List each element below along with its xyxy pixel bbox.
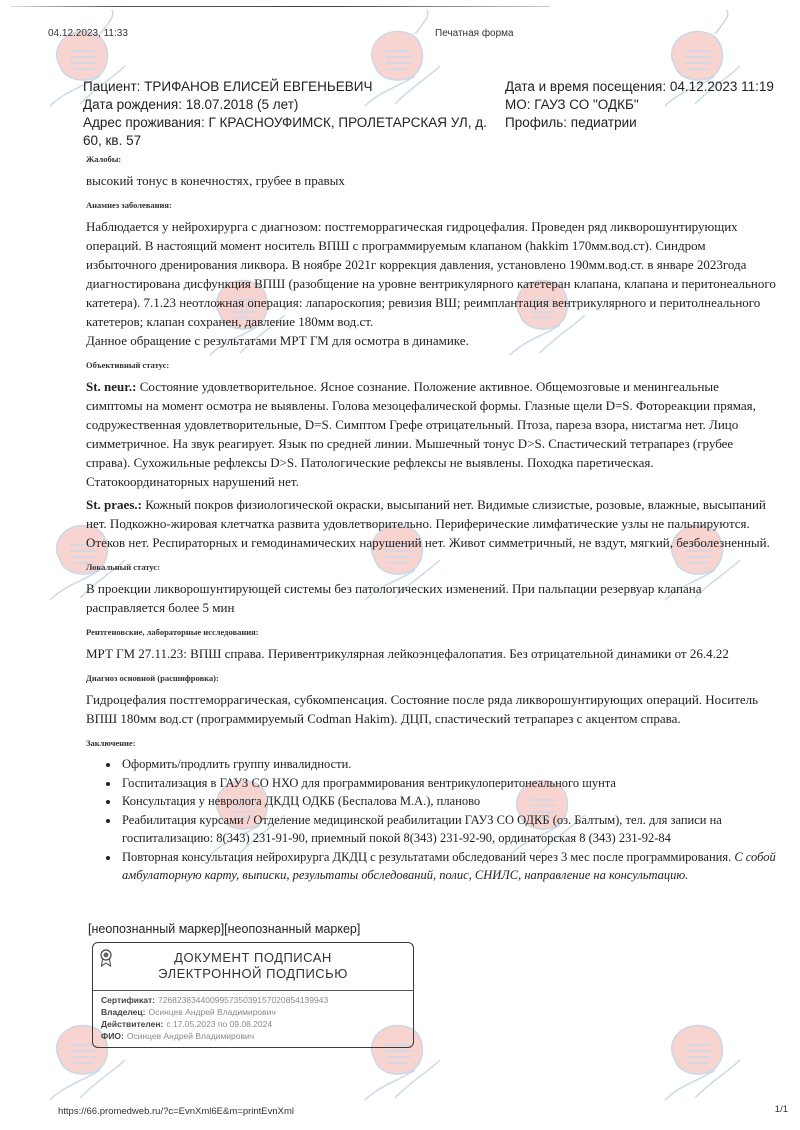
st-praes-paragraph: St. praes.: Кожный покров физиологическо… — [86, 495, 776, 552]
print-datetime: 04.12.2023, 11:33 — [48, 28, 128, 39]
footer-url: https://66.promedweb.ru/?c=EvnXml6E&m=pr… — [58, 1106, 294, 1117]
page-number: 1/1 — [775, 1104, 788, 1115]
section-xray-lab: Рентгеновские, лабораторные исследования… — [86, 627, 776, 663]
list-item: Госпитализация в ГАУЗ СО НХО для програм… — [120, 774, 776, 793]
valid-value: с 17.05.2023 по 09.08.2024 — [166, 1019, 272, 1029]
medical-organization: МО: ГАУЗ СО "ОДКБ" — [505, 96, 795, 114]
owner-row: Владелец:Осинцев Андрей Владимирович — [101, 1006, 405, 1018]
list-item-text: Повторная консультация нейрохирурга ДКДЦ… — [122, 850, 731, 864]
stamp-details: Сертификат:72682383440099573503915702085… — [93, 991, 413, 1045]
section-text: Гидроцефалия постгеморрагическая, субком… — [86, 690, 776, 728]
fio-value: Осинцев Андрей Владимирович — [127, 1031, 254, 1041]
watermark-logo-icon — [655, 1000, 750, 1110]
stamp-line-2: ЭЛЕКТРОННОЙ ПОДПИСЬЮ — [93, 966, 413, 982]
section-objective-status: Объективный статус: St. neur.: Состояние… — [86, 360, 776, 552]
section-title: Рентгеновские, лабораторные исследования… — [86, 627, 776, 637]
fio-label: ФИО: — [101, 1031, 124, 1041]
section-title: Локальный статус: — [86, 562, 776, 572]
print-title: Печатная форма — [435, 28, 514, 39]
section-title: Жалобы: — [86, 154, 776, 164]
section-text: В проекции ликворошунтирующей системы бе… — [86, 579, 776, 617]
owner-value: Осинцев Андрей Владимирович — [148, 1007, 275, 1017]
owner-label: Владелец: — [101, 1007, 145, 1017]
section-complaints: Жалобы: высокий тонус в конечностях, гру… — [86, 154, 776, 190]
section-local-status: Локальный статус: В проекции ликворошунт… — [86, 562, 776, 617]
st-neur-paragraph: St. neur.: Состояние удовлетворительное.… — [86, 377, 776, 491]
certificate-value: 726823834400995735039157020854139943 — [158, 995, 328, 1005]
st-neur-text: Состояние удовлетворительное. Ясное созн… — [86, 379, 756, 489]
certificate-label: Сертификат: — [101, 995, 155, 1005]
section-title: Заключение: — [86, 738, 776, 748]
certificate-row: Сертификат:72682383440099573503915702085… — [101, 994, 405, 1006]
st-neur-label: St. neur.: — [86, 379, 136, 394]
list-item: Консультация у невролога ДКДЦ ОДКБ (Бесп… — [120, 792, 776, 811]
stamp-header: ДОКУМЕНТ ПОДПИСАН ЭЛЕКТРОННОЙ ПОДПИСЬЮ — [93, 943, 413, 991]
section-text-block: Наблюдается у нейрохирурга с диагнозом: … — [86, 217, 776, 350]
visit-datetime: Дата и время посещения: 04.12.2023 11:19 — [505, 78, 795, 96]
section-diagnosis: Диагноз основной (расшифровка): Гидроцеф… — [86, 673, 776, 728]
section-text: Данное обращение с результатами МРТ ГМ д… — [86, 331, 776, 350]
section-title: Диагноз основной (расшифровка): — [86, 673, 776, 683]
scan-edge-line — [10, 6, 550, 7]
visit-info: Дата и время посещения: 04.12.2023 11:19… — [505, 78, 795, 132]
section-title: Объективный статус: — [86, 360, 776, 370]
valid-label: Действителен: — [101, 1019, 163, 1029]
patient-address: Адрес проживания: Г КРАСНОУФИМСК, ПРОЛЕТ… — [83, 114, 503, 150]
section-text: МРТ ГМ 27.11.23: ВПШ справа. Перивентрик… — [86, 644, 776, 663]
stamp-line-1: ДОКУМЕНТ ПОДПИСАН — [93, 950, 413, 966]
st-praes-text: Кожный покров физиологической окраски, в… — [86, 497, 770, 550]
patient-birth-date: Дата рождения: 18.07.2018 (5 лет) — [83, 96, 503, 114]
electronic-signature-stamp: ДОКУМЕНТ ПОДПИСАН ЭЛЕКТРОННОЙ ПОДПИСЬЮ С… — [92, 942, 414, 1048]
section-text-block: St. neur.: Состояние удовлетворительное.… — [86, 377, 776, 552]
list-item: Реабилитация курсами / Отделение медицин… — [120, 811, 776, 848]
visit-profile: Профиль: педиатрии — [505, 114, 795, 132]
section-anamnesis: Анамнез заболевания: Наблюдается у нейро… — [86, 200, 776, 350]
section-conclusion: Заключение: Оформить/продлить группу инв… — [86, 738, 776, 885]
list-item: Оформить/продлить группу инвалидности. — [120, 755, 776, 774]
list-item: Повторная консультация нейрохирурга ДКДЦ… — [120, 848, 776, 885]
valid-row: Действителен:с 17.05.2023 по 09.08.2024 — [101, 1018, 405, 1030]
patient-name: Пациент: ТРИФАНОВ ЕЛИСЕЙ ЕВГЕНЬЕВИЧ — [83, 78, 503, 96]
patient-info: Пациент: ТРИФАНОВ ЕЛИСЕЙ ЕВГЕНЬЕВИЧ Дата… — [83, 78, 503, 150]
st-praes-label: St. praes.: — [86, 497, 142, 512]
section-title: Анамнез заболевания: — [86, 200, 776, 210]
fio-row: ФИО:Осинцев Андрей Владимирович — [101, 1030, 405, 1042]
unrecognized-markers: [неопознанный маркер][неопознанный марке… — [88, 922, 360, 936]
section-text: Наблюдается у нейрохирурга с диагнозом: … — [86, 217, 776, 331]
document-body: Жалобы: высокий тонус в конечностях, гру… — [86, 154, 776, 885]
seal-icon — [99, 949, 113, 967]
conclusion-list: Оформить/продлить группу инвалидности. Г… — [86, 755, 776, 885]
section-text: высокий тонус в конечностях, грубее в пр… — [86, 171, 776, 190]
